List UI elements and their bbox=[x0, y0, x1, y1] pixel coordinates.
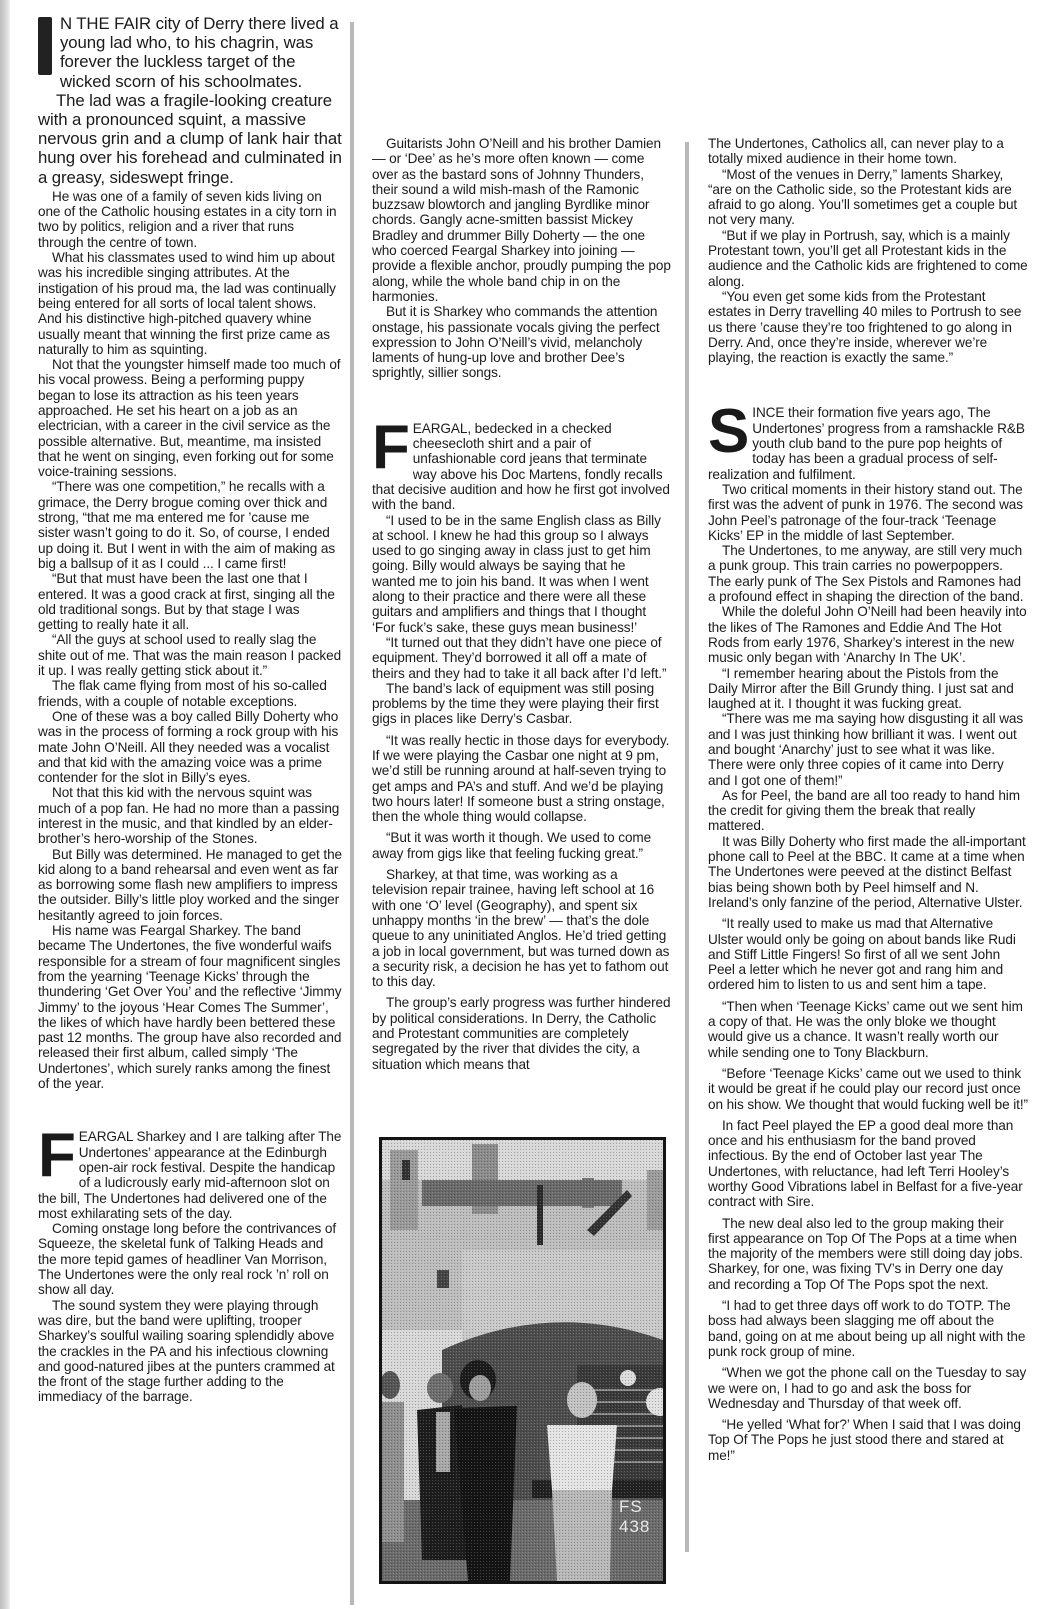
paragraph: The sound system they were playing throu… bbox=[38, 1298, 342, 1405]
lead-paragraph: IN THE FAIR city of Derry there lived a … bbox=[38, 14, 342, 91]
lead-section: IN THE FAIR city of Derry there lived a … bbox=[38, 14, 342, 187]
paragraph: “Before ‘Teenage Kicks’ came out we used… bbox=[708, 1066, 1028, 1112]
paragraph: “But it was worth it though. We used to … bbox=[372, 830, 672, 861]
lead-paragraph: The lad was a fragile-looking creature w… bbox=[38, 91, 342, 187]
paragraph: “You even get some kids from the Protest… bbox=[708, 289, 1028, 365]
paragraph: What his classmates used to wind him up … bbox=[38, 250, 342, 357]
paragraph: “Most of the venues in Derry,” laments S… bbox=[708, 167, 1028, 228]
article-column-1: IN THE FAIR city of Derry there lived a … bbox=[38, 14, 342, 1405]
paragraph: “There was me ma saying how disgusting i… bbox=[708, 711, 1028, 787]
paragraph: The group’s early progress was further h… bbox=[372, 995, 672, 1071]
dropcap-f: F bbox=[38, 1131, 76, 1181]
paragraph: “Then when ‘Teenage Kicks’ came out we s… bbox=[708, 999, 1028, 1060]
dropcap-f: F bbox=[372, 423, 410, 473]
paragraph: He was one of a family of seven kids liv… bbox=[38, 189, 342, 250]
paragraph: But it is Sharkey who commands the atten… bbox=[372, 304, 672, 380]
paragraph: “It was really hectic in those days for … bbox=[372, 733, 672, 825]
body-section: The Undertones, Catholics all, can never… bbox=[708, 136, 1028, 365]
section-opening-paragraph: FEARGAL, bedecked in a checked cheeseclo… bbox=[372, 421, 672, 513]
paragraph: While the doleful John O’Neill had been … bbox=[708, 604, 1028, 665]
column-rule-1 bbox=[350, 22, 354, 1605]
section-opening-paragraph: FEARGAL Sharkey and I are talking after … bbox=[38, 1129, 342, 1221]
paragraph: Two critical moments in their history st… bbox=[708, 482, 1028, 543]
section-edinburgh: FEARGAL Sharkey and I are talking after … bbox=[38, 1129, 342, 1404]
paragraph: As for Peel, the band are all too ready … bbox=[708, 788, 1028, 834]
paragraph: “I had to get three days off work to do … bbox=[708, 1298, 1028, 1359]
paragraph: The Undertones, to me anyway, are still … bbox=[708, 543, 1028, 604]
paragraph: It was Billy Doherty who first made the … bbox=[708, 834, 1028, 910]
paragraph: “But that must have been the last one th… bbox=[38, 571, 342, 632]
section-break bbox=[708, 365, 1028, 405]
paragraph: But Billy was determined. He managed to … bbox=[38, 847, 342, 923]
body-section: He was one of a family of seven kids liv… bbox=[38, 189, 342, 1092]
paragraph: The band’s lack of equipment was still p… bbox=[372, 681, 672, 727]
paragraph: In fact Peel played the EP a good deal m… bbox=[708, 1118, 1028, 1210]
paragraph: “I remember hearing about the Pistols fr… bbox=[708, 666, 1028, 712]
paragraph: His name was Feargal Sharkey. The band b… bbox=[38, 923, 342, 1091]
section-audition: FEARGAL, bedecked in a checked cheeseclo… bbox=[372, 421, 672, 1072]
paragraph: “When we got the phone call on the Tuesd… bbox=[708, 1365, 1028, 1411]
dropcap-s: S bbox=[708, 407, 749, 457]
paragraph: Sharkey, at that time, was working as a … bbox=[372, 867, 672, 989]
paragraph: “He yelled ‘What for?’ When I said that … bbox=[708, 1417, 1028, 1463]
page-scan-edge bbox=[0, 0, 10, 1609]
paragraph: “But if we play in Portrush, say, which … bbox=[708, 228, 1028, 289]
paragraph: The flak came flying from most of his so… bbox=[38, 678, 342, 709]
paragraph: Guitarists John O’Neill and his brother … bbox=[372, 136, 672, 304]
paragraph: The new deal also led to the group makin… bbox=[708, 1216, 1028, 1292]
section-opening-paragraph: SINCE their formation five years ago, Th… bbox=[708, 405, 1028, 481]
paragraph: “All the guys at school used to really s… bbox=[38, 632, 342, 678]
paragraph: “It turned out that they didn’t have one… bbox=[372, 635, 672, 681]
article-column-2: Guitarists John O’Neill and his brother … bbox=[372, 136, 672, 1072]
section-history: SINCE their formation five years ago, Th… bbox=[708, 405, 1028, 1463]
paragraph: Coming onstage long before the contrivan… bbox=[38, 1221, 342, 1297]
paragraph: Not that the youngster himself made too … bbox=[38, 357, 342, 479]
section-break bbox=[38, 1091, 342, 1129]
band-photo: FS 438 bbox=[379, 1137, 666, 1584]
paragraph: “It really used to make us mad that Alte… bbox=[708, 916, 1028, 992]
paragraph: “I used to be in the same English class … bbox=[372, 513, 672, 635]
section-break bbox=[372, 381, 672, 421]
paragraph: “There was one competition,” he recalls … bbox=[38, 479, 342, 571]
paragraph: One of these was a boy called Billy Dohe… bbox=[38, 709, 342, 785]
paragraph: Not that this kid with the nervous squin… bbox=[38, 785, 342, 846]
article-column-3: The Undertones, Catholics all, can never… bbox=[708, 136, 1028, 1463]
paragraph: The Undertones, Catholics all, can never… bbox=[708, 136, 1028, 167]
body-section: Guitarists John O’Neill and his brother … bbox=[372, 136, 672, 381]
column-rule-2 bbox=[685, 142, 689, 1552]
dropcap-i: I bbox=[38, 17, 52, 75]
license-plate-text: FS 438 bbox=[619, 1497, 663, 1537]
